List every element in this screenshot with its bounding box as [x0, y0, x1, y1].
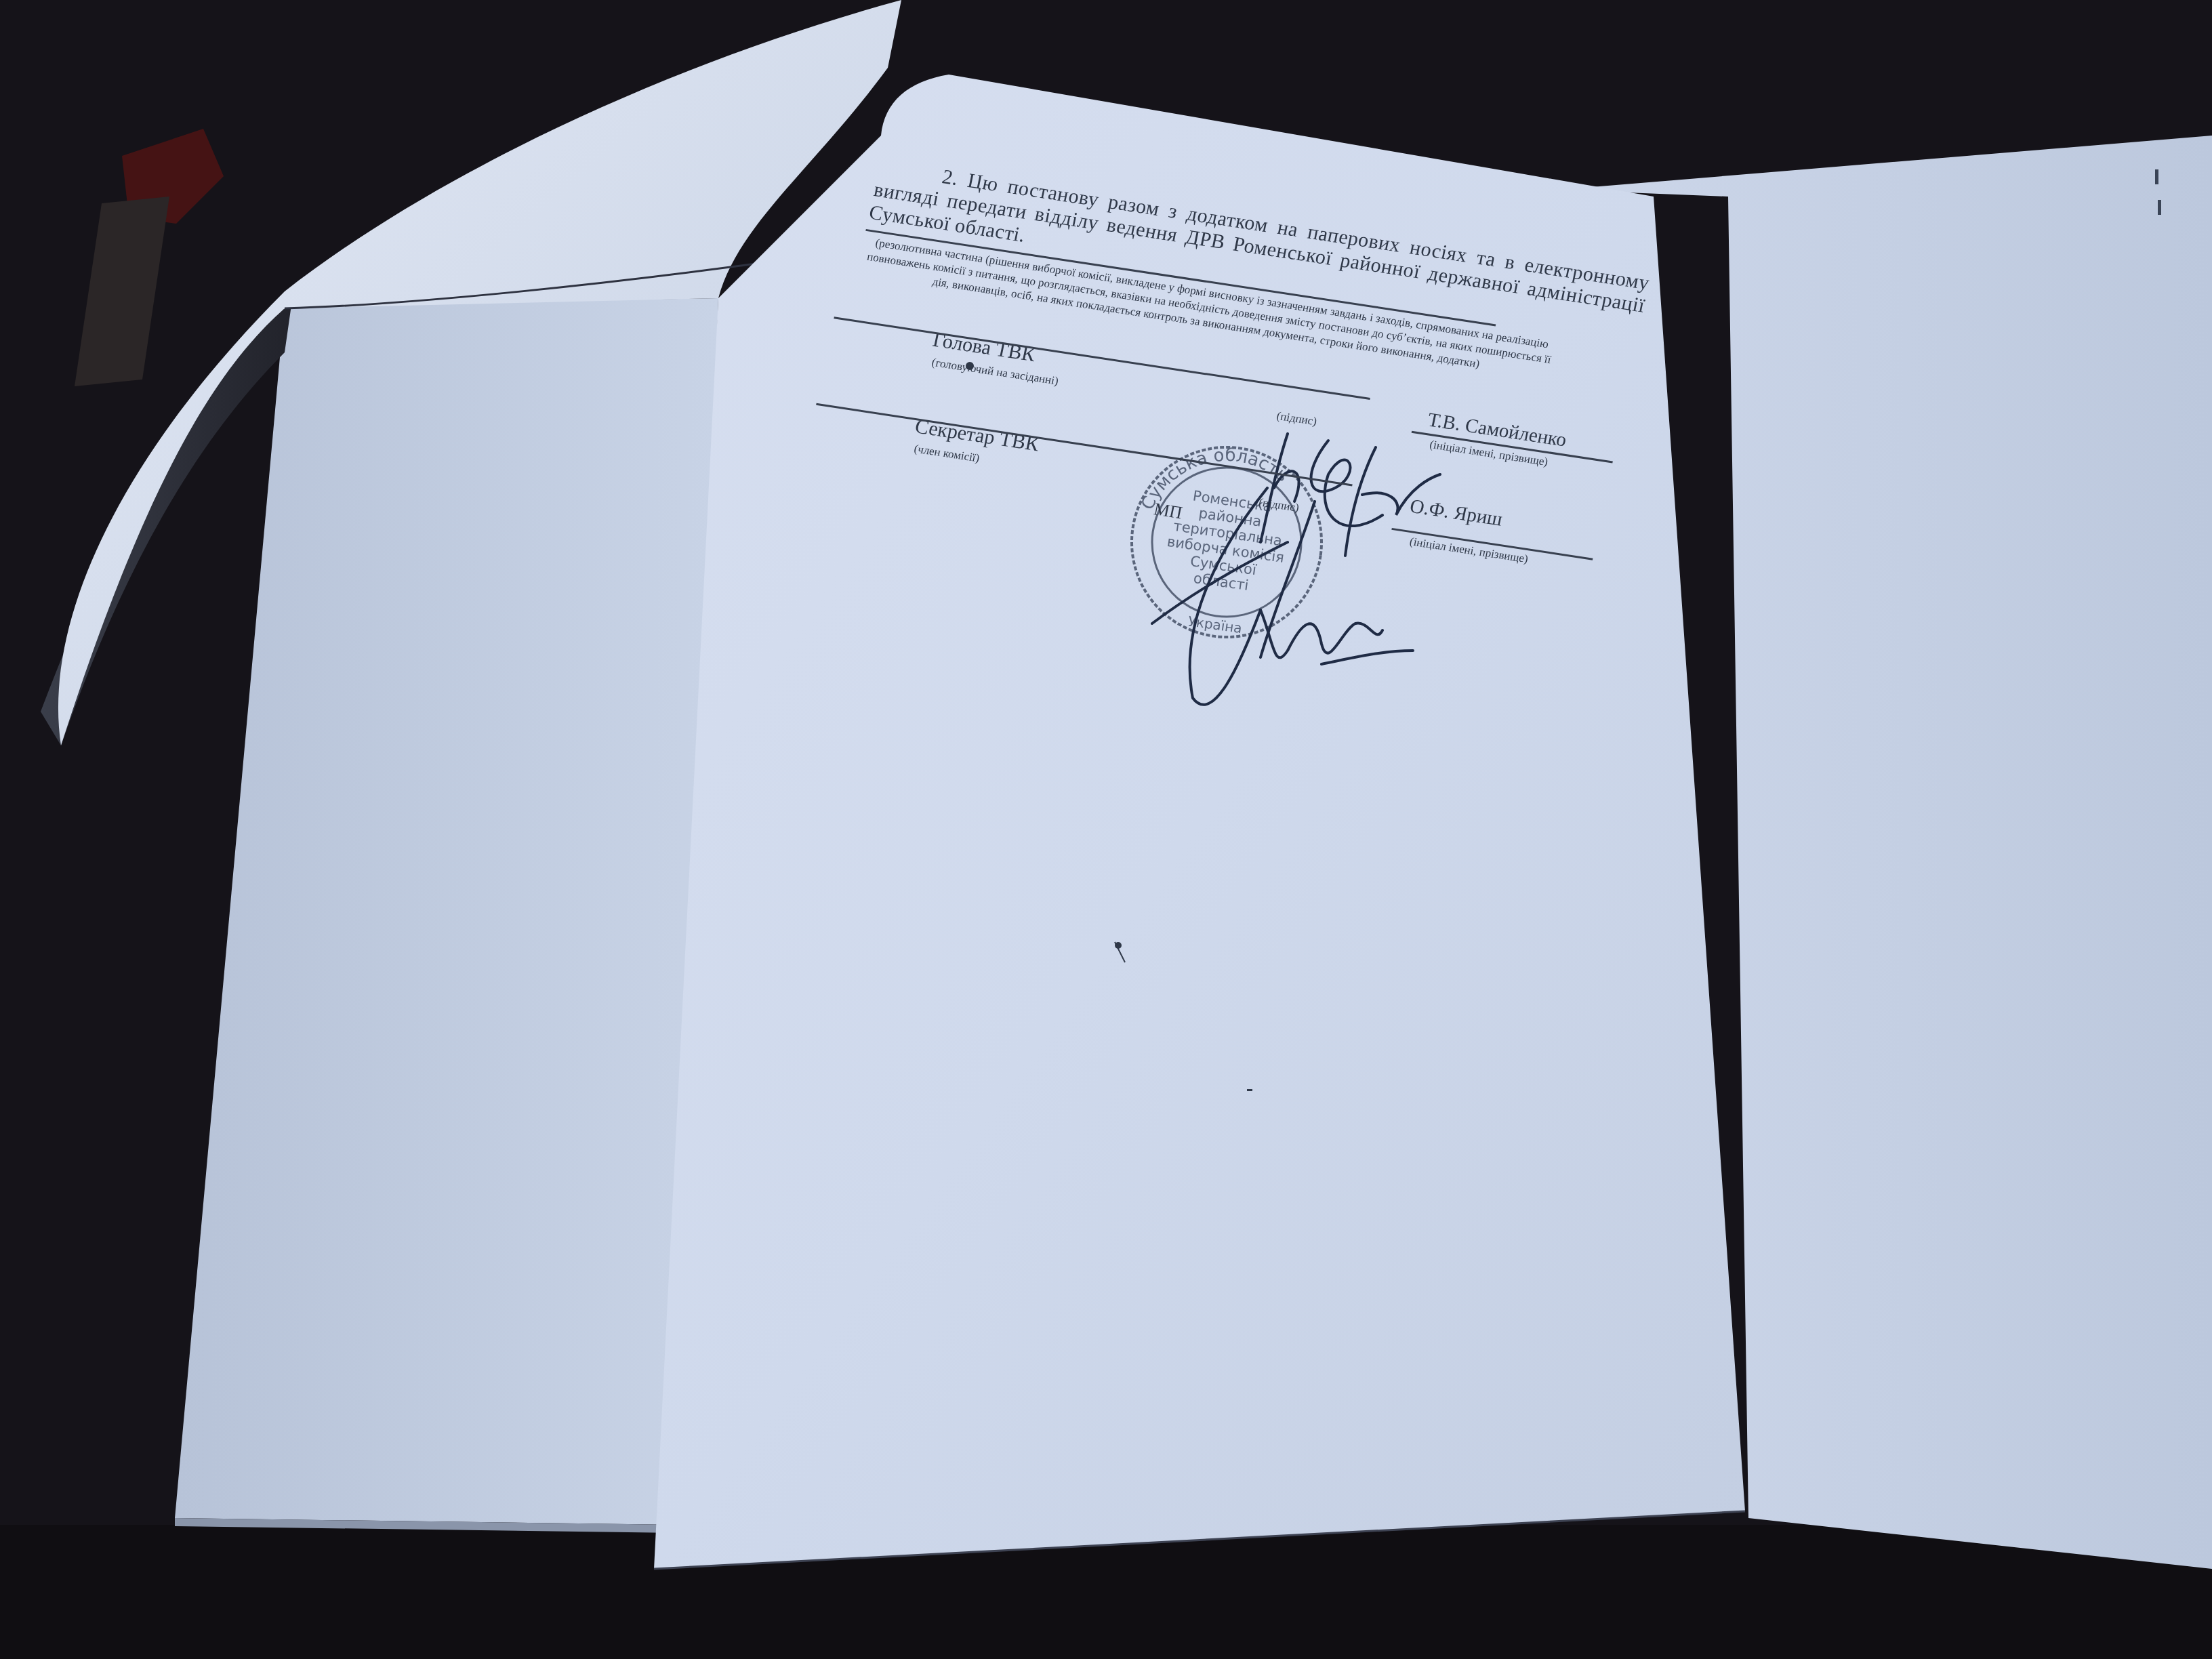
photo-scene: Сумська область Роменськарайоннатериторі… — [0, 0, 2212, 1659]
edge-mark — [2155, 169, 2158, 184]
stamp-place-label: МП — [1152, 499, 1184, 523]
edge-mark — [2158, 200, 2161, 215]
